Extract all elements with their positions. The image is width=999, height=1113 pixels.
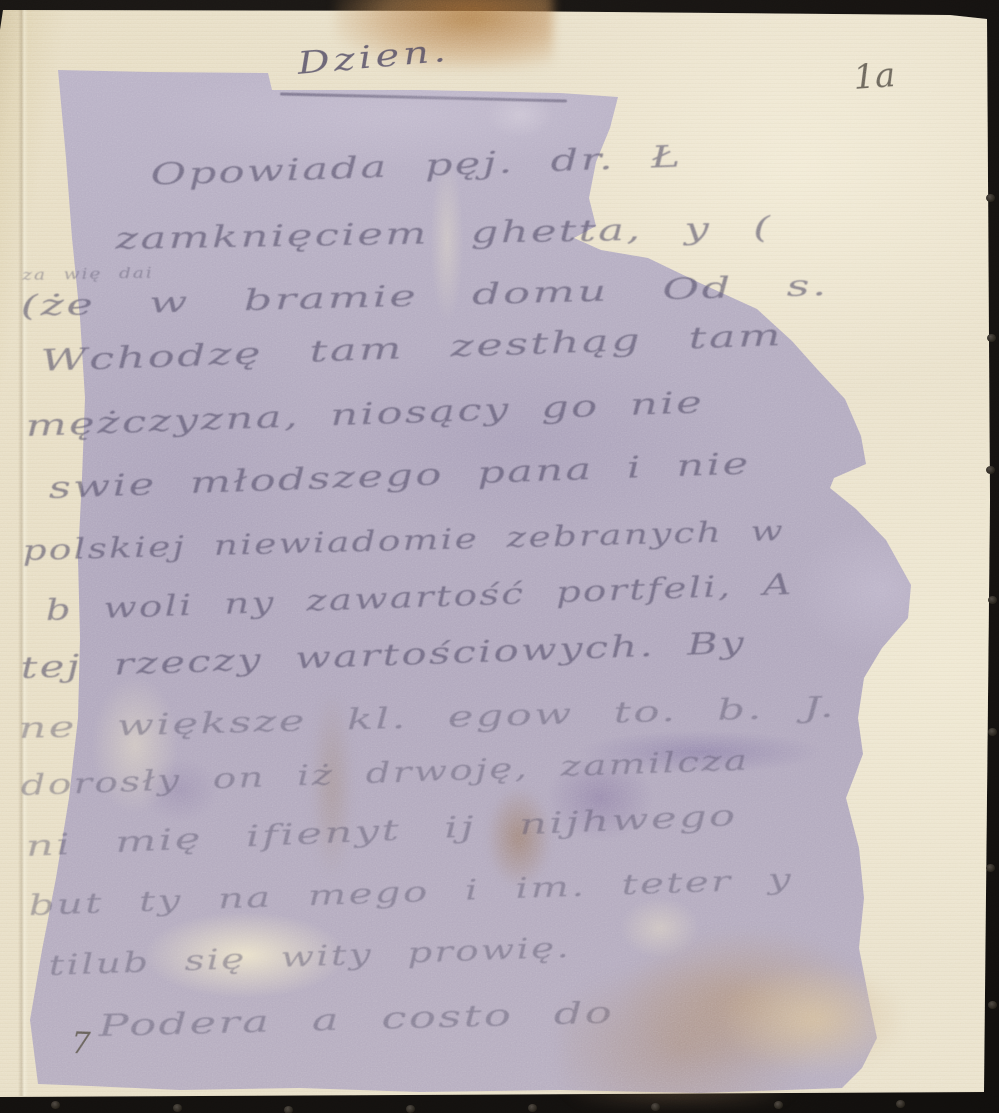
- sprocket-hole: [173, 1104, 182, 1112]
- sprocket-hole: [51, 1101, 60, 1109]
- handwritten-line-3: za wię dai: [22, 264, 154, 284]
- sprocket-hole: [988, 728, 997, 736]
- sprocket-hole: [986, 466, 995, 474]
- sprocket-hole: [651, 1103, 660, 1111]
- sprocket-hole: [986, 864, 995, 872]
- sprocket-hole: [988, 596, 997, 604]
- sprocket-hole: [986, 194, 995, 202]
- sprocket-hole: [406, 1105, 415, 1113]
- tan-stain-bottom-right: [560, 915, 900, 1105]
- sprocket-hole: [774, 1101, 783, 1109]
- sprocket-hole: [284, 1106, 293, 1113]
- sprocket-hole: [896, 1100, 905, 1108]
- pencil-page-number-7: 7: [71, 1026, 91, 1062]
- sprocket-hole: [987, 334, 996, 342]
- sprocket-hole: [988, 1001, 997, 1009]
- pencil-annotation-1a: 1a: [852, 55, 897, 98]
- document-scan: Dzien. Opowiada pęj. dr. Ł zamknięciem g…: [0, 0, 999, 1113]
- sprocket-hole: [528, 1104, 537, 1112]
